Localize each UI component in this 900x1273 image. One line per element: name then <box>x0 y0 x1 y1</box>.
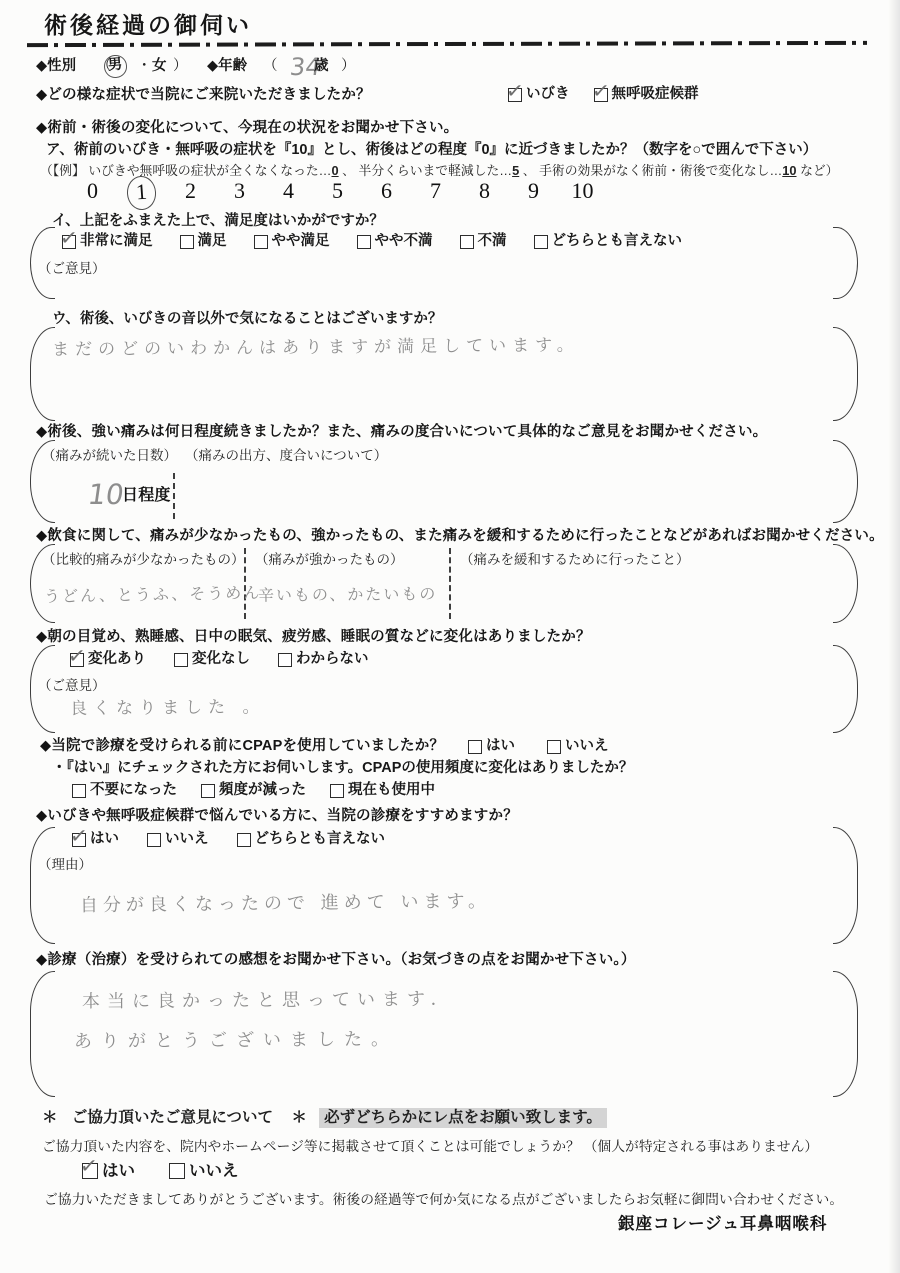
option-very-satisfied[interactable]: 非常に満足 <box>62 232 153 252</box>
age-label: ◆年齢 <box>207 57 247 77</box>
option-dissatisfied[interactable]: 不満 <box>460 232 507 252</box>
neither-checkbox[interactable] <box>534 235 548 249</box>
option-satisfied[interactable]: 満足 <box>180 232 227 252</box>
example-num10: 10 <box>782 163 796 178</box>
option-changed[interactable]: 変化あり <box>70 650 146 670</box>
pain-days-value[interactable]: 10 <box>85 476 126 514</box>
scale-4[interactable]: 4 <box>264 176 313 210</box>
somewhat-satisfied-checkbox[interactable] <box>254 235 268 249</box>
impression-question: ◆診療（治療）を受けられての感想をお聞かせ下さい。（お気づきの点をお聞かせ下さい… <box>36 951 636 971</box>
scan-edge-shadow <box>888 0 900 1273</box>
option-cpap-unneeded[interactable]: 不要になった <box>72 781 177 801</box>
scale-6[interactable]: 6 <box>362 176 411 210</box>
other-concerns-response-box: まだのどのいわかんはありますが満足しています。 <box>30 327 858 421</box>
consent-highlight-note: 必ずどちらかにレ点をお願い致します。 <box>319 1108 607 1128</box>
change-heading: ◆術前・術後の変化について、今現在の状況をお聞かせ下さい。 <box>36 119 458 139</box>
cpap-freq-options: 不要になった 頻度が減った 現在も使用中 <box>72 781 435 801</box>
gender-female[interactable]: 女 <box>152 57 167 77</box>
recommend-options: はい いいえ どちらとも言えない <box>72 830 385 850</box>
cpap-yn-options: はい いいえ <box>468 737 609 757</box>
food-col3-label: （痛みを緩和するために行ったこと） <box>460 551 690 569</box>
example-part4: など） <box>797 163 839 178</box>
no-change-checkbox[interactable] <box>174 653 188 667</box>
option-neither[interactable]: どちらとも言えない <box>534 232 683 252</box>
cpap-followup: ・『はい』にチェックされた方にお伺いします。CPAPの使用頻度に変化はありました… <box>52 759 633 779</box>
option-recommend-no[interactable]: いいえ <box>147 830 209 850</box>
food-col1-label: （比較的痛みが少なかったもの） <box>42 551 245 569</box>
consent-options: はい いいえ <box>82 1160 239 1182</box>
somewhat-dissatisfied-checkbox[interactable] <box>357 235 371 249</box>
impression-answer-line2[interactable]: ありがとうございました。 <box>74 1028 398 1055</box>
option-somewhat-satisfied[interactable]: やや満足 <box>254 232 330 252</box>
cpap-yes-checkbox[interactable] <box>468 740 482 754</box>
gender-paren-close: ） <box>173 57 188 77</box>
changed-checkbox[interactable] <box>70 653 84 667</box>
clinic-name: 銀座コレージュ耳鼻咽喉科 <box>618 1213 827 1235</box>
age-paren-open: （ <box>263 57 278 77</box>
age-paren-close: ） <box>341 57 356 77</box>
pain-days-label: （痛みが続いた日数） <box>42 447 177 465</box>
dissatisfied-checkbox[interactable] <box>460 235 474 249</box>
option-no-change[interactable]: 変化なし <box>174 650 250 670</box>
sleep-options: 変化あり 変化なし わからない <box>70 650 369 670</box>
page-title: 術後経過の御伺い <box>44 10 252 41</box>
publish-no-checkbox[interactable] <box>169 1163 185 1179</box>
pain-box-divider <box>173 473 175 519</box>
gender-male[interactable]: 男 <box>103 54 127 78</box>
cpap-unneeded-checkbox[interactable] <box>72 784 86 798</box>
recommend-question: ◆いびきや無呼吸症候群で悩んでいる方に、当院の診療をすすめますか？ <box>36 807 518 827</box>
food-box-divider-2 <box>449 548 451 619</box>
snoring-label: いびき <box>526 85 570 105</box>
snoring-checkbox[interactable] <box>508 88 522 102</box>
option-publish-no[interactable]: いいえ <box>169 1160 239 1182</box>
symptom-options: いびき 無呼吸症候群 <box>508 85 699 105</box>
scale-8[interactable]: 8 <box>460 176 509 210</box>
consent-heading: ご協力頂いたご意見について <box>72 1109 273 1126</box>
recommend-answer[interactable]: 自分が良くなったので 進めて います。 <box>80 890 491 919</box>
pain-degree-label: （痛みの出方、度合いについて） <box>185 447 387 465</box>
sleep-opinion-label: （ご意見） <box>38 677 106 695</box>
unknown-checkbox[interactable] <box>278 653 292 667</box>
option-cpap-no[interactable]: いいえ <box>547 737 609 757</box>
cpap-still-using-checkbox[interactable] <box>330 784 344 798</box>
option-publish-yes[interactable]: はい <box>82 1160 135 1182</box>
cpap-question: ◆当院で診療を受けられる前にCPAPを使用していましたか？ <box>40 737 444 757</box>
impression-response-box: 本当に良かったと思っています． ありがとうございました。 <box>30 971 858 1097</box>
scale-10[interactable]: 10 <box>558 176 607 210</box>
consent-star-2: ＊ <box>291 1109 307 1126</box>
option-recommend-neither[interactable]: どちらとも言えない <box>237 830 386 850</box>
sleep-response-box: 変化あり 変化なし わからない （ご意見） 良くなりました 。 <box>30 645 858 733</box>
option-cpap-yes[interactable]: はい <box>468 737 515 757</box>
impression-answer-line1[interactable]: 本当に良かったと思っています． <box>82 988 456 1015</box>
pain-response-box: （痛みが続いた日数） （痛みの出方、度合いについて） 10 日程度 <box>30 440 858 523</box>
option-apnea[interactable]: 無呼吸症候群 <box>594 85 699 105</box>
symptom-question: ◆どの様な症状で当院にご来院いただきましたか？ <box>36 86 371 106</box>
gender-label: ◆性別 <box>36 57 76 77</box>
satisfied-checkbox[interactable] <box>180 235 194 249</box>
recommend-reason-label: （理由） <box>38 856 92 874</box>
food-col2-answer[interactable]: 辛いもの、かたいもの <box>258 583 438 606</box>
food-response-box: （比較的痛みが少なかったもの） （痛みが強かったもの） （痛みを緩和するために行… <box>30 544 858 623</box>
option-recommend-yes[interactable]: はい <box>72 830 119 850</box>
recommend-no-checkbox[interactable] <box>147 833 161 847</box>
option-somewhat-dissatisfied[interactable]: やや不満 <box>357 232 433 252</box>
option-cpap-reduced[interactable]: 頻度が減った <box>201 781 306 801</box>
consent-heading-row: ＊ ご協力頂いたご意見について ＊ 必ずどちらかにレ点をお願い致します。 <box>42 1108 607 1129</box>
scale-1[interactable]: 1 <box>117 176 166 210</box>
satisfaction-response-box: 非常に満足 満足 やや満足 やや不満 不満 どちらとも言えない <box>30 227 858 299</box>
other-concerns-answer[interactable]: まだのどのいわかんはありますが満足しています。 <box>52 334 580 362</box>
gender-separator: ・ <box>137 57 152 77</box>
age-unit: 歳 <box>314 57 329 77</box>
score-scale: 0 1 2 3 4 5 6 7 8 9 10 <box>68 176 607 210</box>
scanned-survey-form: 術後経過の御伺い ◆性別 （ 男 ・ 女 ） ◆年齢 （ 34 歳 ） ◆どの様… <box>0 0 900 1273</box>
option-unknown[interactable]: わからない <box>278 650 369 670</box>
very-satisfied-checkbox[interactable] <box>62 235 76 249</box>
cpap-reduced-checkbox[interactable] <box>201 784 215 798</box>
scale-0[interactable]: 0 <box>68 176 117 210</box>
recommend-neither-checkbox[interactable] <box>237 833 251 847</box>
cpap-no-checkbox[interactable] <box>547 740 561 754</box>
option-snoring[interactable]: いびき <box>508 85 570 105</box>
recommend-response-box: はい いいえ どちらとも言えない （理由） 自分が良くなったので 進めて います… <box>30 827 858 944</box>
satisfaction-options: 非常に満足 満足 やや満足 やや不満 不満 どちらとも言えない <box>62 232 682 252</box>
pain-days-unit: 日程度 <box>122 485 171 507</box>
food-col1-answer[interactable]: うどん、とうふ、そうめん <box>44 582 262 607</box>
scale-7[interactable]: 7 <box>411 176 460 210</box>
footer-note: ご協力いただきましてありがとうございます。術後の経過等で何か気になる点がございま… <box>44 1191 843 1210</box>
consent-star-1: ＊ <box>42 1109 58 1126</box>
scale-9[interactable]: 9 <box>509 176 558 210</box>
change-scale-question: ア、術前のいびき・無呼吸の症状を『10』とし、術後はどの程度『0』に近づきました… <box>46 141 817 161</box>
scale-3[interactable]: 3 <box>215 176 264 210</box>
apnea-checkbox[interactable] <box>594 88 608 102</box>
option-cpap-still-using[interactable]: 現在も使用中 <box>330 781 435 801</box>
publish-yes-checkbox[interactable] <box>82 1163 98 1179</box>
opinion-label: （ご意見） <box>38 260 106 278</box>
food-col2-label: （痛みが強かったもの） <box>255 551 404 569</box>
recommend-yes-checkbox[interactable] <box>72 833 86 847</box>
profile-row: ◆性別 （ 男 ・ 女 ） ◆年齢 （ 34 歳 ） <box>36 57 436 83</box>
scale-2[interactable]: 2 <box>166 176 215 210</box>
title-underline <box>27 41 867 47</box>
apnea-label: 無呼吸症候群 <box>612 85 699 105</box>
scale-5[interactable]: 5 <box>313 176 362 210</box>
sleep-answer[interactable]: 良くなりました 。 <box>70 696 266 721</box>
consent-question: ご協力頂いた内容を、院内やホームページ等に掲載させて頂くことは可能でしょうか？ … <box>42 1138 818 1157</box>
